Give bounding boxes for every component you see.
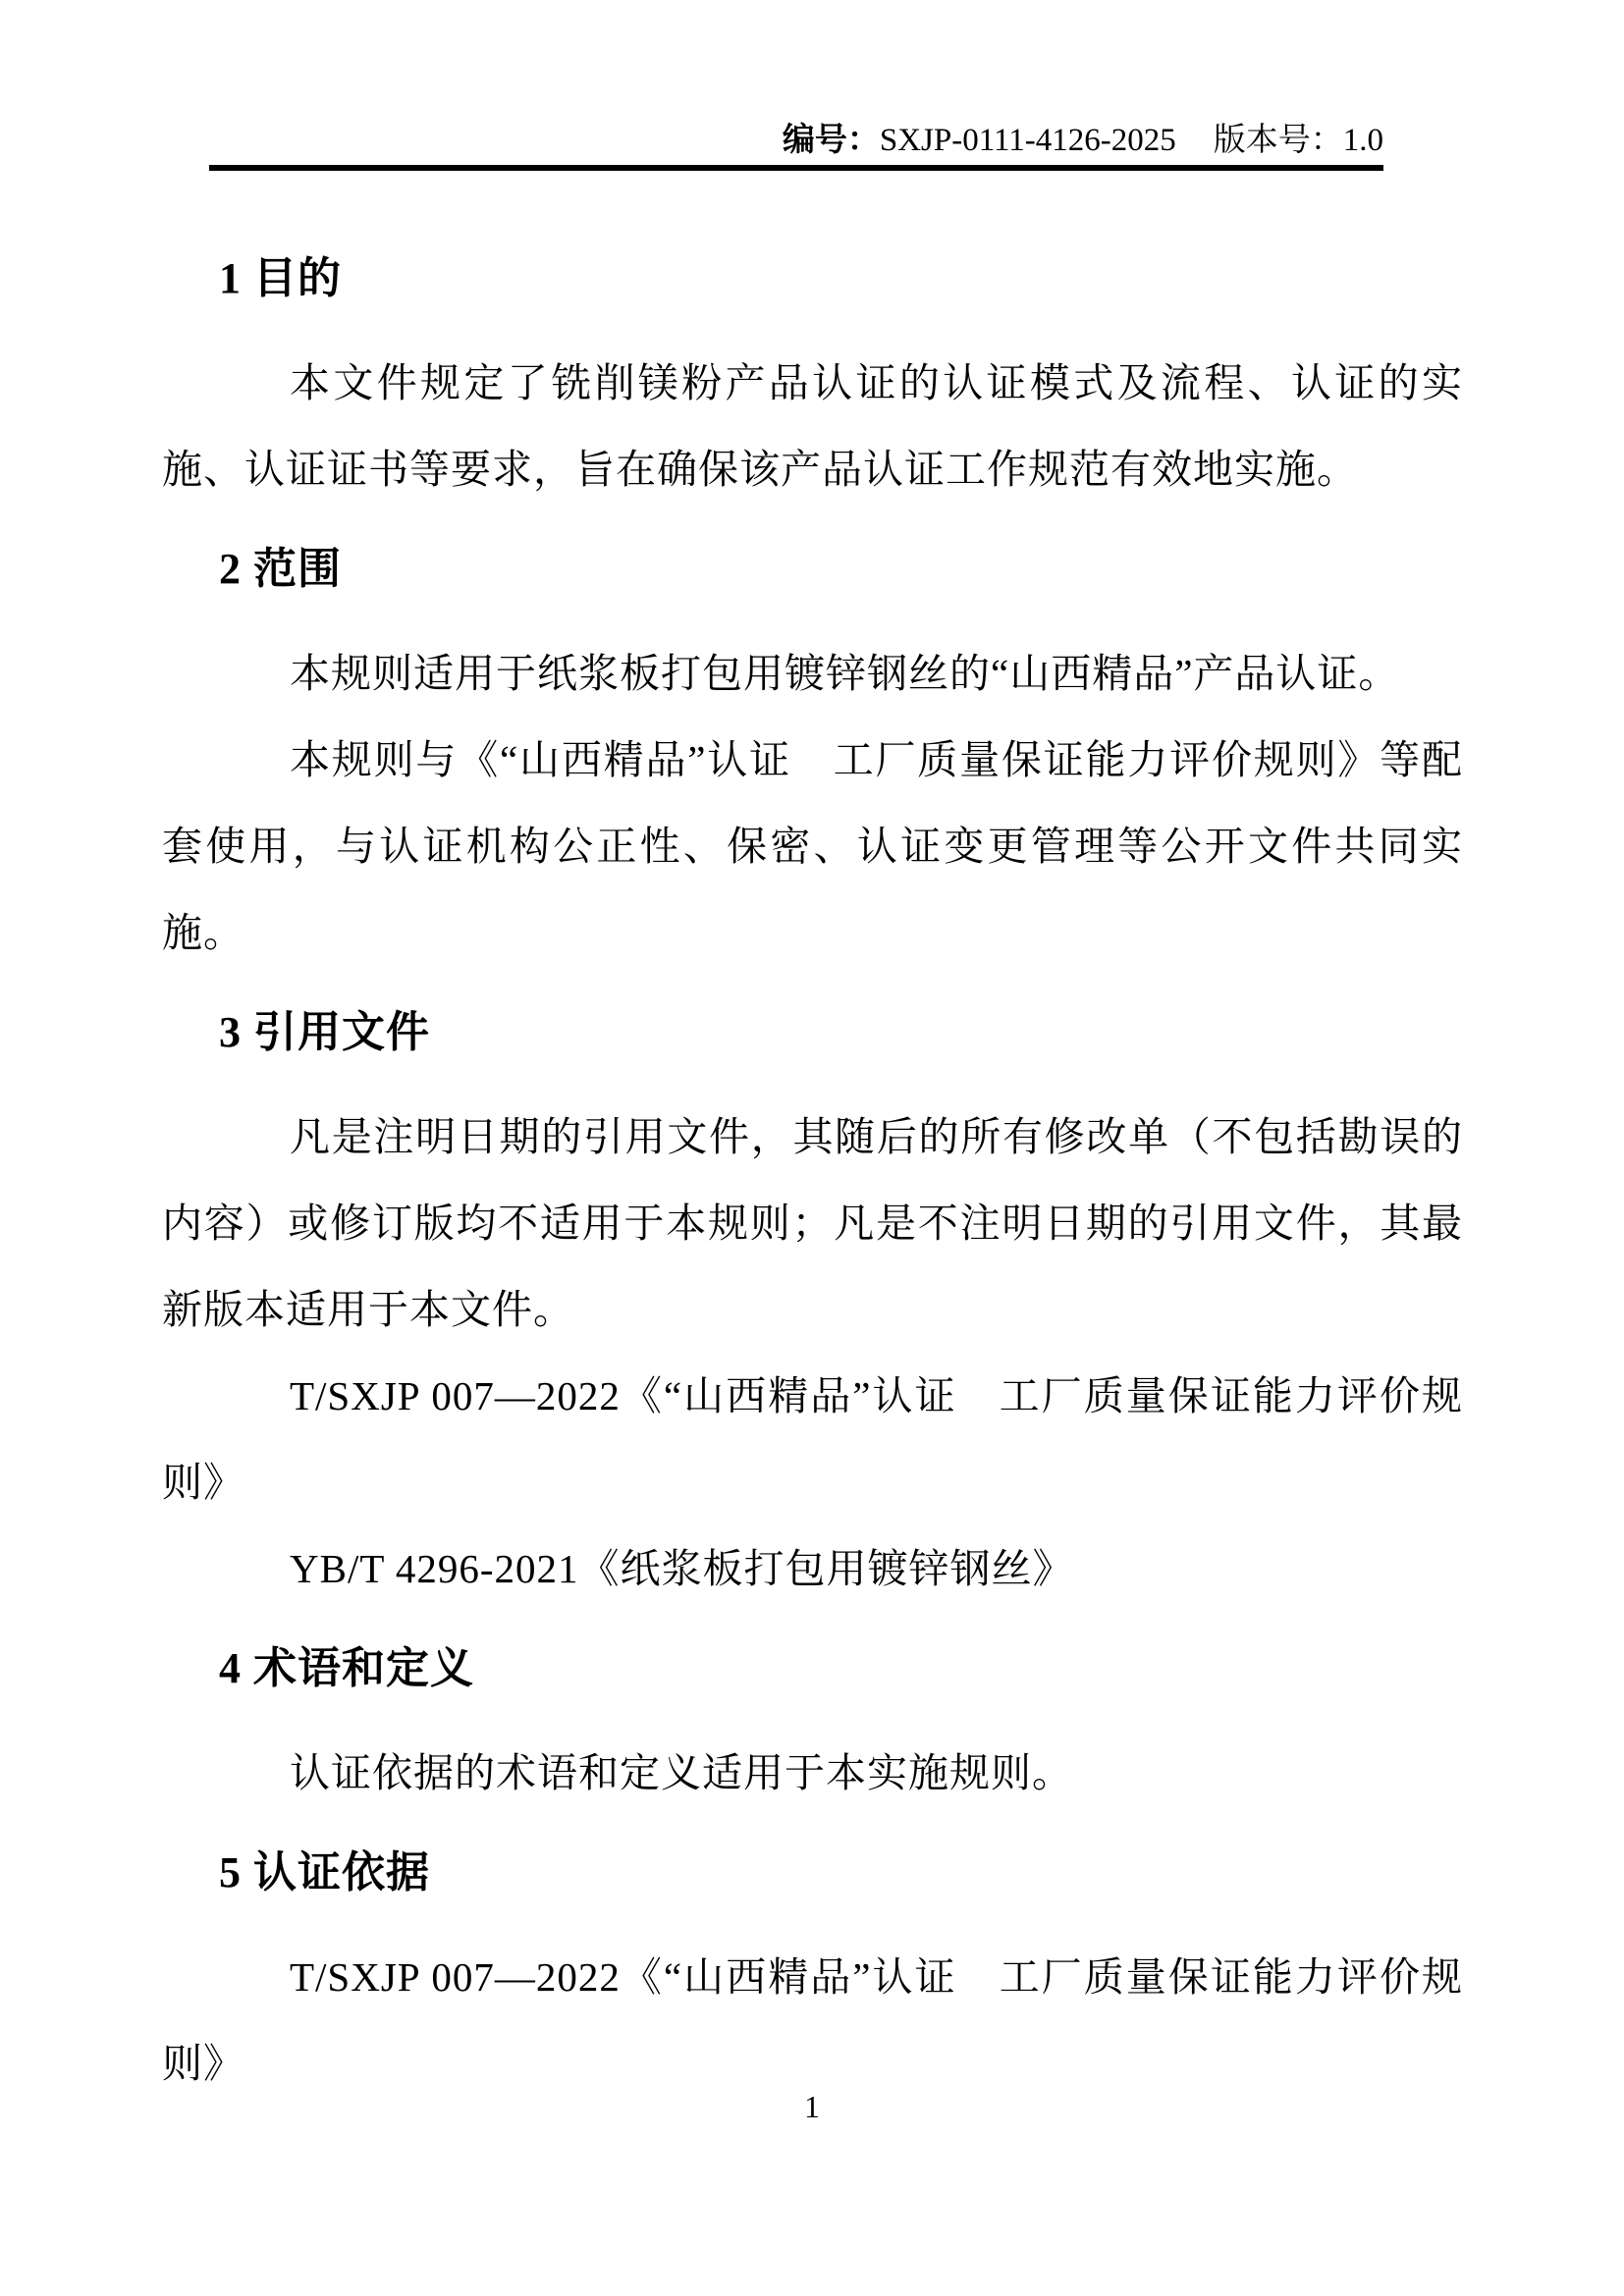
section-heading-scope: 2 范围 xyxy=(219,548,1463,591)
document-body: 1 目的 本文件规定了铣削镁粉产品认证的认证模式及流程、认证的实施、认证证书等要… xyxy=(162,222,1463,2107)
document-page: 编号：SXJP-0111-4126-2025版本号：1.0 1 目的 本文件规定… xyxy=(0,0,1624,2296)
page-number: 1 xyxy=(0,2089,1624,2124)
paragraph: T/SXJP 007—2022《“山西精品”认证 工厂质量保证能力评价规则》 xyxy=(162,1353,1463,1525)
section-heading-certification-basis: 5 认证依据 xyxy=(219,1851,1463,1895)
paragraph: YB/T 4296-2021《纸浆板打包用镀锌钢丝》 xyxy=(162,1525,1463,1612)
header-rule xyxy=(209,165,1383,171)
paragraph: 认证依据的术语和定义适用于本实施规则。 xyxy=(162,1730,1463,1816)
version-label: 版本号： xyxy=(1214,123,1343,158)
section-heading-references: 3 引用文件 xyxy=(219,1011,1463,1054)
paragraph: T/SXJP 007—2022《“山西精品”认证 工厂质量保证能力评价规则》 xyxy=(162,1934,1463,2107)
section-heading-purpose: 1 目的 xyxy=(219,257,1463,300)
paragraph: 本规则适用于纸浆板打包用镀锌钢丝的“山西精品”产品认证。 xyxy=(162,630,1463,717)
version-value: 1.0 xyxy=(1343,123,1383,158)
paragraph: 本文件规定了铣削镁粉产品认证的认证模式及流程、认证的实施、认证证书等要求，旨在确… xyxy=(162,340,1463,512)
paragraph: 凡是注明日期的引用文件，其随后的所有修改单（不包括勘误的内容）或修订版均不适用于… xyxy=(162,1094,1463,1353)
section-heading-terms: 4 术语和定义 xyxy=(219,1647,1463,1690)
page-header: 编号：SXJP-0111-4126-2025版本号：1.0 xyxy=(209,119,1383,161)
doc-number-label: 编号： xyxy=(783,121,880,157)
paragraph: 本规则与《“山西精品”认证 工厂质量保证能力评价规则》等配套使用，与认证机构公正… xyxy=(162,717,1463,976)
doc-number-value: SXJP-0111-4126-2025 xyxy=(880,123,1176,158)
